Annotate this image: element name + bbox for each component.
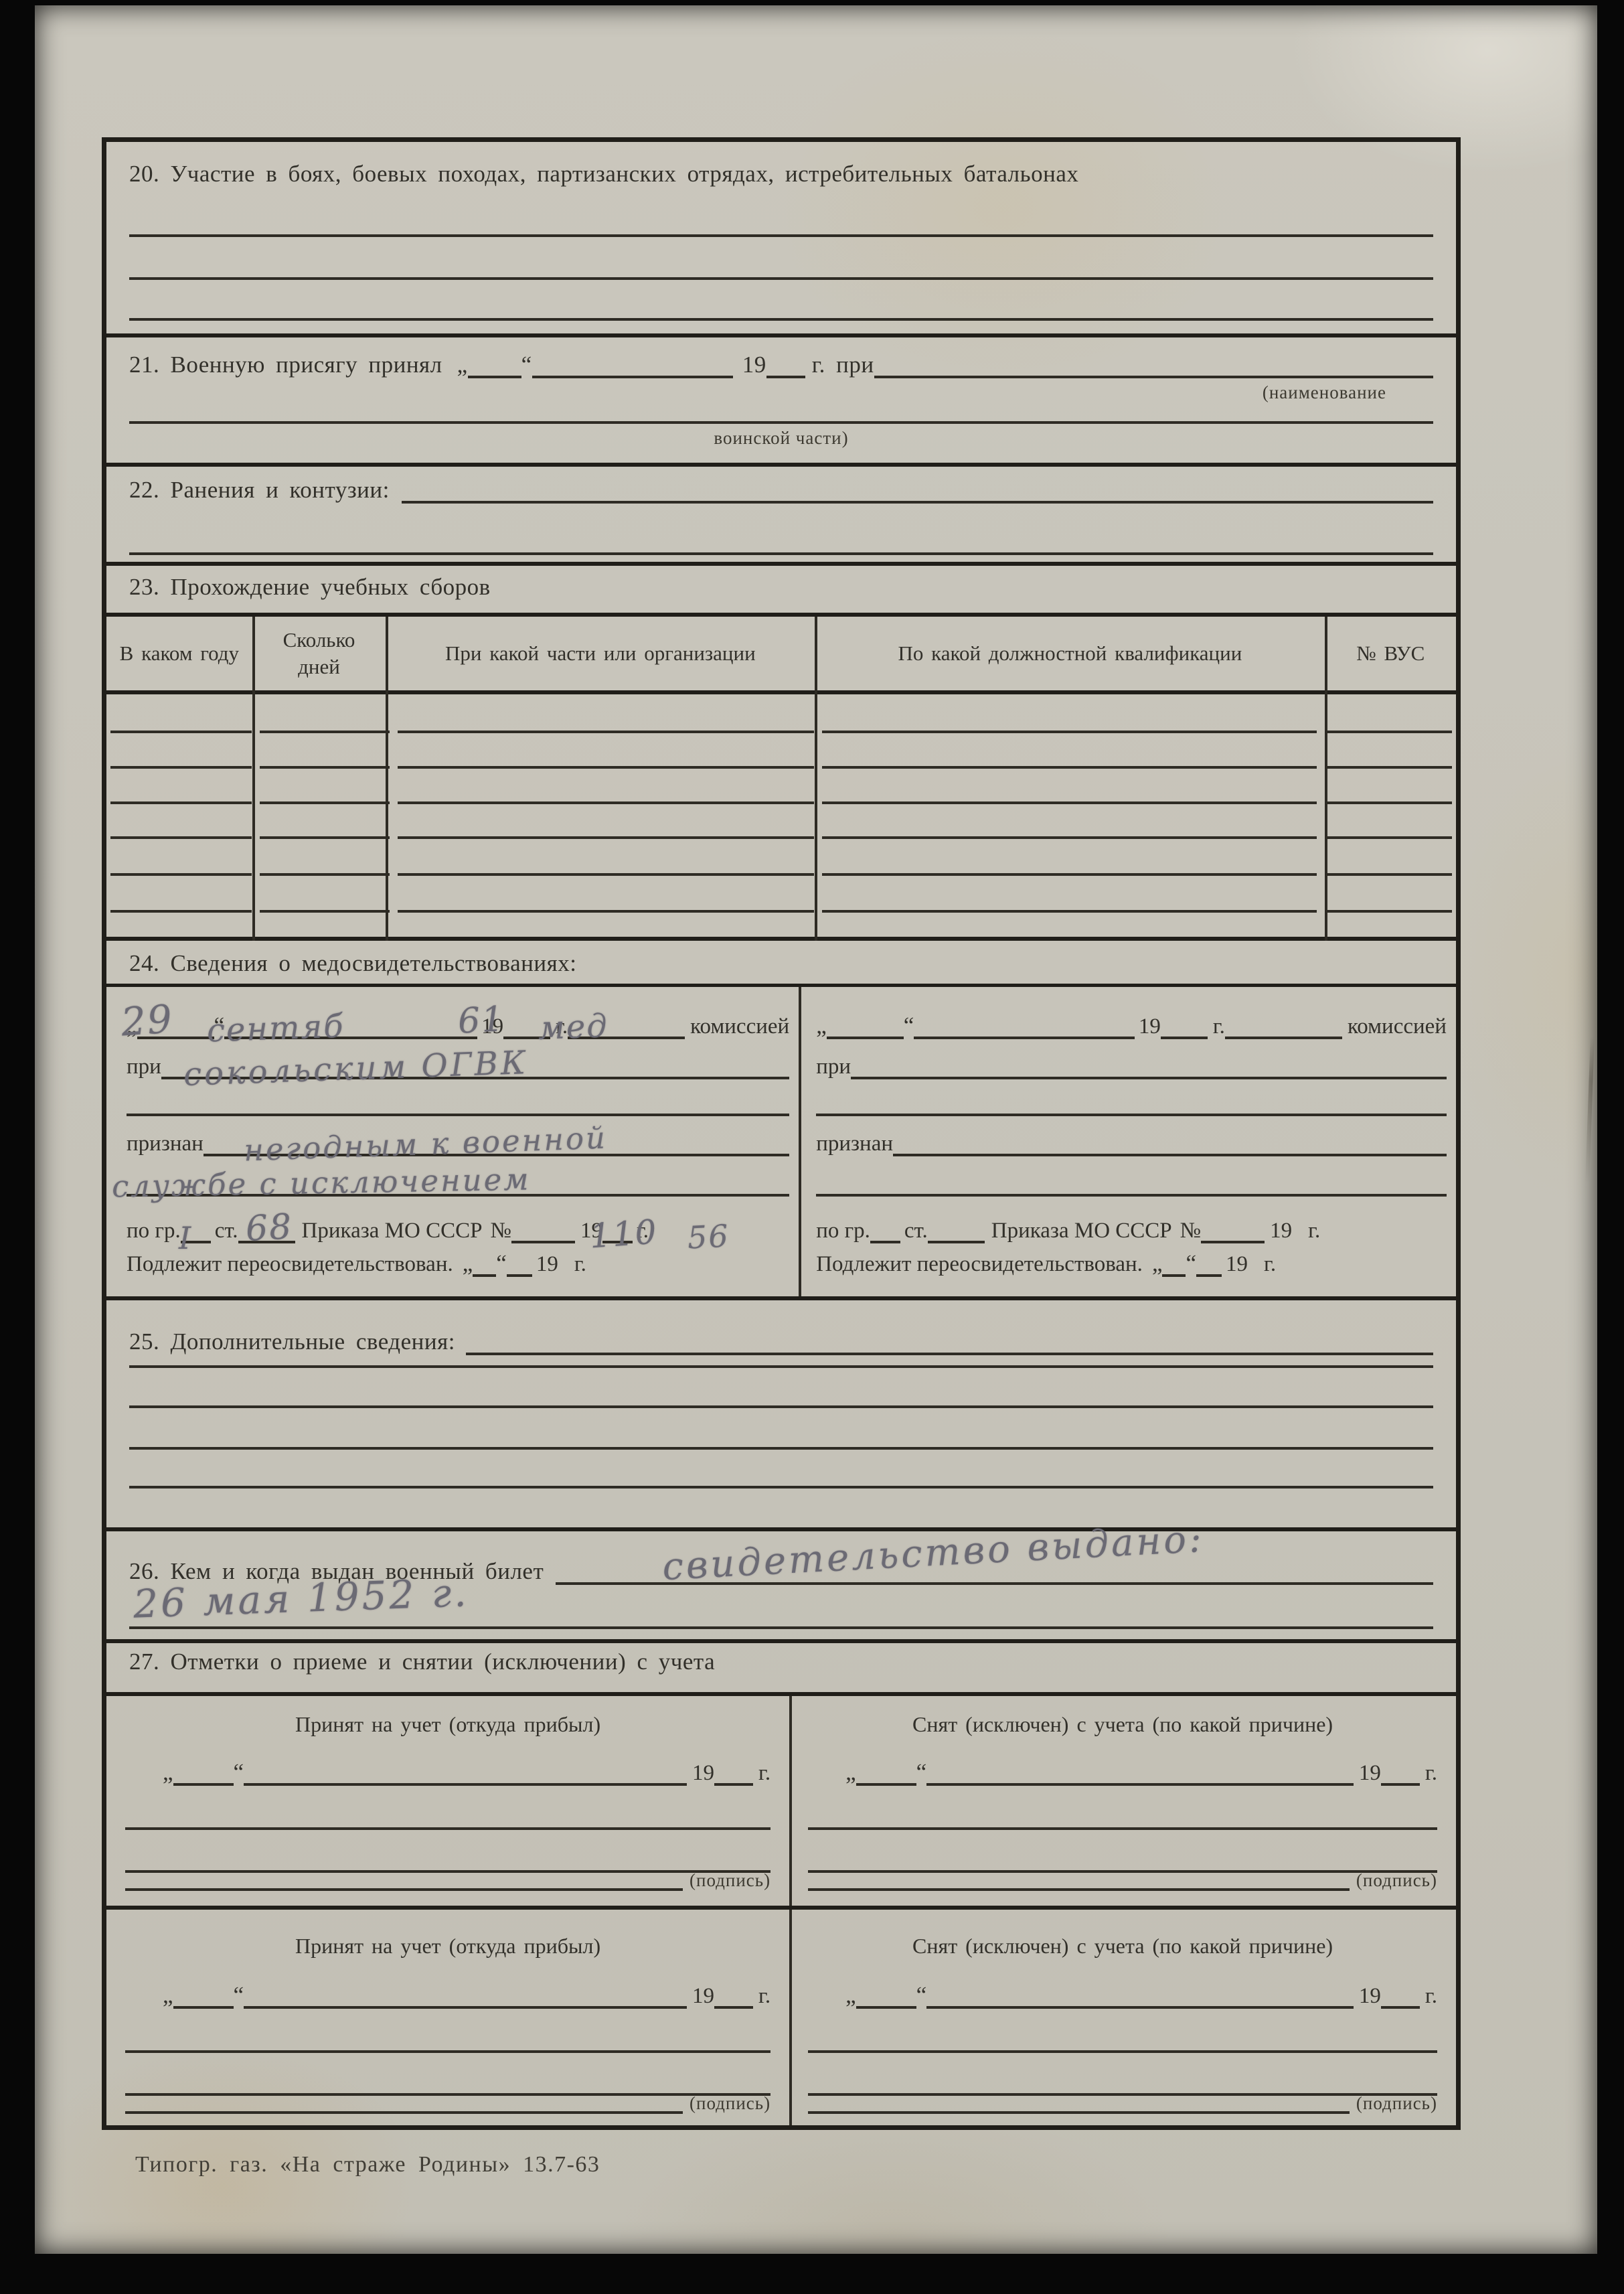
- blank-line: [125, 1827, 770, 1830]
- blank-day: [856, 1780, 916, 1786]
- blank-order-no: [1201, 1238, 1265, 1243]
- section-20-title: 20. Участие в боях, боевых походах, парт…: [129, 161, 1433, 192]
- g-pri-label: г. при: [812, 352, 874, 378]
- table-row: [106, 766, 1456, 769]
- medical-blocks: „ “ 19 г. комиссией при: [106, 984, 1456, 1296]
- removed-cell-1: Снят (исключен) с учета (по какой причин…: [789, 1696, 1456, 1891]
- open-quote: „: [457, 352, 468, 378]
- section-22-label: 22. Ранения и контузии:: [129, 477, 390, 504]
- prikaz-label: Приказа МО СССР: [302, 1219, 483, 1243]
- blank-order-no: [511, 1238, 575, 1243]
- g-label: г.: [758, 1984, 770, 2009]
- blank-line: [129, 1486, 1433, 1488]
- blank-line: [466, 1350, 1433, 1355]
- signature-caption: (подпись): [689, 2093, 770, 2114]
- priznan-label: признан: [816, 1132, 893, 1156]
- blank-year: [714, 1780, 753, 1786]
- blank-year: [1161, 1034, 1208, 1039]
- table-row: [106, 731, 1456, 733]
- blank-month: [914, 1034, 1135, 1039]
- num-sign: №: [1180, 1219, 1202, 1243]
- handwriting-year: 61: [457, 999, 505, 1042]
- column-header-vus: № ВУС: [1325, 617, 1456, 690]
- printer-imprint: Типогр. газ. «На страже Родины» 13.7-63: [135, 2152, 600, 2177]
- caption-voinskoy-chasti: воинской части): [129, 428, 1433, 448]
- blank-line: [129, 1447, 1433, 1450]
- blank-month: [926, 1780, 1354, 1786]
- close-quote: “: [1186, 1250, 1196, 1277]
- removed-cell-2: Снят (исключен) с учета (по какой причин…: [789, 1910, 1456, 2114]
- med-block-left: „ “ 19 г. комиссией при: [106, 987, 799, 1296]
- blank-line: [129, 1365, 1433, 1368]
- table-row: [106, 836, 1456, 839]
- blank-day: [173, 1780, 234, 1786]
- close-quote: “: [916, 1982, 927, 2009]
- close-quote: “: [521, 352, 532, 378]
- year-19: 19: [1359, 1761, 1381, 1786]
- section-22-wounds: 22. Ранения и контузии:: [106, 467, 1456, 566]
- g-label: г.: [1264, 1252, 1276, 1277]
- blank-line: [125, 2050, 770, 2053]
- section-20-combat-participation: 20. Участие в боях, боевых походах, парт…: [106, 142, 1456, 337]
- table-row: [106, 910, 1456, 913]
- med-block-right: „ “ 19 г. комиссией при: [799, 987, 1456, 1296]
- signature-line: [125, 2110, 683, 2114]
- close-quote: “: [234, 1982, 244, 2009]
- table-row: [106, 801, 1456, 804]
- handwriting-order-no: 110: [588, 1213, 659, 1256]
- year-19: 19: [1359, 1984, 1381, 2009]
- blank-commission: [1225, 1034, 1342, 1039]
- blank-verdict: [893, 1151, 1447, 1156]
- column-header-unit: При какой части или организации: [386, 617, 815, 690]
- open-quote: „: [463, 1250, 473, 1277]
- handwriting-month: сентяб: [206, 1007, 345, 1049]
- section-23-title: 23. Прохождение учебных сборов: [129, 566, 1433, 605]
- blank-day: [173, 2003, 234, 2009]
- close-quote: “: [496, 1250, 507, 1277]
- komissiey-label: комиссией: [1348, 1014, 1447, 1039]
- section-24-medical-examinations: 24. Сведения о медосвидетельствованиях: …: [106, 941, 1456, 1300]
- st-label: ст.: [215, 1219, 238, 1243]
- table-row: [106, 873, 1456, 876]
- removed-header: Снят (исключен) с учета (по какой причин…: [808, 1934, 1437, 1961]
- num-sign: №: [490, 1219, 511, 1243]
- g-label: г.: [1425, 1761, 1437, 1786]
- column-divider: [815, 617, 817, 941]
- blank-month: [244, 1780, 687, 1786]
- blank-line: [129, 318, 1433, 321]
- blank-day: [1162, 1272, 1186, 1277]
- scanned-military-document: { "fill": { "dq_open": "„", "dq_close": …: [0, 0, 1624, 2294]
- signature-caption: (подпись): [689, 1870, 770, 1891]
- signature-caption: (подпись): [1356, 2093, 1437, 2114]
- handwriting-verdict-2: службе с исключением: [112, 1162, 531, 1205]
- section-24-title: 24. Сведения о медосвидетельствованиях:: [129, 941, 1433, 974]
- section-25-additional-info: 25. Дополнительные сведения:: [106, 1300, 1456, 1531]
- open-quote: „: [163, 1759, 173, 1786]
- year-19: 19: [1226, 1252, 1248, 1277]
- blank-day: [473, 1272, 496, 1277]
- blank-month: [244, 2003, 687, 2009]
- year-19: 19: [1139, 1014, 1161, 1039]
- blank-gr: [870, 1238, 900, 1243]
- column-divider: [386, 617, 388, 941]
- g-label: г.: [1425, 1984, 1437, 2009]
- po-gr-label: по гр.: [816, 1219, 870, 1243]
- section-27-registration-marks: 27. Отметки о приеме и снятии (исключени…: [106, 1643, 1456, 2125]
- blank-line: [129, 552, 1433, 555]
- year-19: 19: [692, 1761, 714, 1786]
- accepted-cell-2: Принят на учет (откуда прибыл) „ “ 19 г.: [106, 1910, 789, 2114]
- g-label: г.: [1308, 1219, 1320, 1243]
- open-quote: „: [1152, 1250, 1163, 1277]
- st-label: ст.: [904, 1219, 928, 1243]
- blank-month: [1196, 1272, 1222, 1277]
- column-divider: [252, 617, 255, 941]
- blank-line: [129, 277, 1433, 280]
- handwriting-med: мед: [538, 1007, 609, 1047]
- open-quote: „: [845, 1982, 856, 2009]
- open-quote: „: [816, 1012, 827, 1039]
- blank-year: [1381, 1780, 1420, 1786]
- blank-line: [129, 1626, 1433, 1629]
- blank-line: [808, 1827, 1437, 1830]
- column-divider: [1325, 617, 1327, 941]
- section-21-military-oath: 21. Военную присягу принял „ “ 19 г. при…: [106, 337, 1456, 467]
- blank-line: [402, 498, 1433, 504]
- column-header-year: В каком году: [106, 617, 252, 690]
- blank-month: [532, 373, 733, 378]
- form-frame: 20. Участие в боях, боевых походах, парт…: [102, 137, 1461, 2130]
- blank-line: [127, 1111, 789, 1116]
- paper-sheet: 20. Участие в боях, боевых походах, парт…: [35, 5, 1597, 2254]
- po-gr-label: по гр.: [127, 1219, 181, 1243]
- blank-line: [816, 1191, 1447, 1197]
- open-quote: „: [845, 1759, 856, 1786]
- signature-line: [125, 1887, 683, 1891]
- priznan-label: признан: [127, 1132, 204, 1156]
- blank-day: [856, 2003, 916, 2009]
- pri-label: при: [127, 1055, 161, 1079]
- section-25-label: 25. Дополнительные сведения:: [129, 1328, 455, 1355]
- blank-line: [129, 234, 1433, 237]
- blank-organization: [851, 1074, 1447, 1079]
- section-26-ticket-issued: 26. Кем и когда выдан военный билет свид…: [106, 1531, 1456, 1643]
- blank-line: [129, 1405, 1433, 1408]
- blank-line: [816, 1111, 1447, 1116]
- handwriting-st: 68: [244, 1207, 293, 1249]
- section-27-title: 27. Отметки о приеме и снятии (исключени…: [129, 1643, 1433, 1674]
- podlezhit-label: Подлежит переосвидетельствован.: [816, 1252, 1143, 1277]
- pri-label: при: [816, 1055, 851, 1079]
- blank-day: [827, 1034, 904, 1039]
- paper-crease: [1585, 1037, 1595, 1184]
- prikaz-label: Приказа МО СССР: [991, 1219, 1172, 1243]
- blank-line: [808, 2050, 1437, 2053]
- blank-month: [926, 2003, 1354, 2009]
- handwriting-order-year: 56: [687, 1217, 730, 1255]
- g-label: г.: [1213, 1014, 1225, 1039]
- close-quote: “: [916, 1759, 927, 1786]
- komissiey-label: комиссией: [690, 1014, 789, 1039]
- blank-year: [1381, 2003, 1420, 2009]
- g-label: г.: [574, 1252, 586, 1277]
- removed-header: Снят (исключен) с учета (по какой причин…: [808, 1712, 1437, 1739]
- year-19: 19: [742, 352, 766, 378]
- handwriting-gr: I: [179, 1220, 192, 1256]
- column-header-qualification: По какой должностной квалификации: [815, 617, 1325, 690]
- signature-line: [808, 2110, 1350, 2114]
- blank-line: [129, 421, 1433, 424]
- handwriting-day: 29: [120, 996, 175, 1045]
- registration-table: Принят на учет (откуда прибыл) „ “ 19 г.: [106, 1692, 1456, 2125]
- accepted-cell-1: Принят на учет (откуда прибыл) „ “ 19 г.: [106, 1696, 789, 1891]
- close-quote: “: [904, 1012, 914, 1039]
- open-quote: „: [163, 1982, 173, 2009]
- podlezhit-label: Подлежит переосвидетельствован.: [127, 1252, 453, 1277]
- signature-caption: (подпись): [1356, 1870, 1437, 1891]
- accepted-header: Принят на учет (откуда прибыл): [125, 1712, 770, 1739]
- blank-month: [507, 1272, 532, 1277]
- blank-year: [714, 2003, 753, 2009]
- year-19: 19: [692, 1984, 714, 2009]
- blank-unit: [874, 373, 1433, 378]
- caption-naimenovanie: (наименование: [129, 382, 1433, 402]
- accepted-header: Принят на учет (откуда прибыл): [125, 1934, 770, 1961]
- blank-st: [928, 1238, 985, 1243]
- g-label: г.: [758, 1761, 770, 1786]
- signature-line: [808, 1887, 1350, 1891]
- training-camps-table: В каком году Сколько дней При какой част…: [106, 613, 1456, 941]
- year-19: 19: [536, 1252, 558, 1277]
- year-19: 19: [1270, 1219, 1292, 1243]
- blank-year: [766, 373, 805, 378]
- section-21-label: 21. Военную присягу принял: [129, 352, 442, 378]
- column-header-days: Сколько дней: [252, 617, 386, 690]
- table-header-row: В каком году Сколько дней При какой част…: [106, 617, 1456, 694]
- section-23-training-camps: 23. Прохождение учебных сборов В каком г…: [106, 566, 1456, 941]
- blank-day: [468, 373, 521, 378]
- close-quote: “: [234, 1759, 244, 1786]
